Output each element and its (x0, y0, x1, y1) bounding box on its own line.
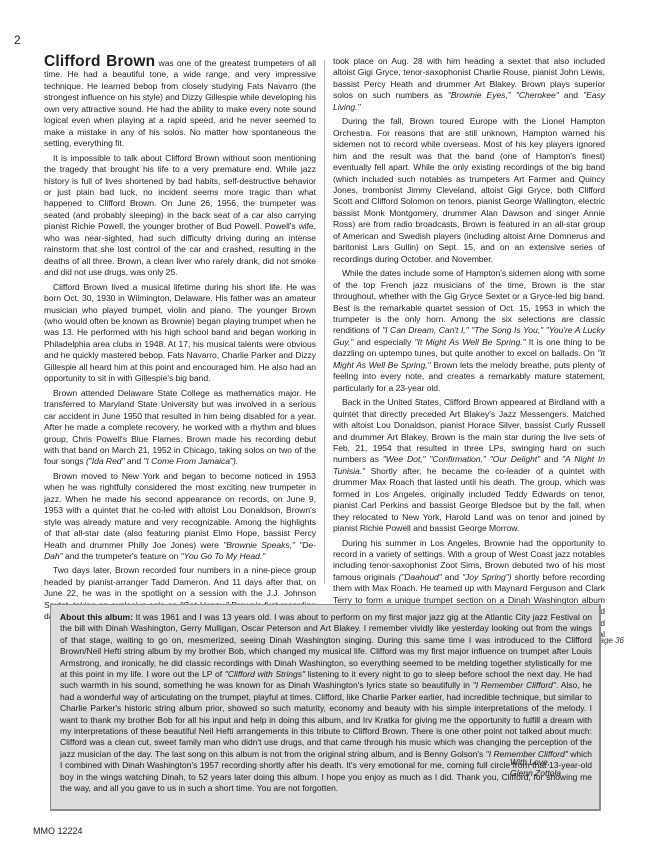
title-reference: "Clifford with Strings" (225, 669, 305, 679)
text-run: Brown attended Delaware State College as… (44, 388, 316, 467)
signoff-line-2: Glenn Zottola (510, 768, 561, 779)
paragraph: Back in the United States, Clifford Brow… (333, 397, 605, 534)
paragraph: Brown attended Delaware State College as… (44, 388, 316, 468)
paragraph: Clifford Brown lived a musical lifetime … (44, 282, 316, 385)
signoff: With Love, Glenn Zottola (510, 757, 561, 780)
text-run: . Also, he had a wonderful way of articu… (60, 680, 592, 758)
title-reference: "Brownie Eyes," "Cherokee" (448, 90, 559, 100)
title-reference: "It Might As Well Be Spring." (415, 337, 526, 347)
text-run: was one of the greatest trumpeters of al… (44, 58, 316, 148)
title-reference: "I Come From Jamaica"). (143, 456, 238, 466)
paragraph: While the dates include some of Hampton'… (333, 268, 605, 394)
title-reference: "You Go To My Head." (181, 551, 266, 561)
paragraph: Brown moved to New York and began to bec… (44, 471, 316, 563)
catalog-number: MMO 12224 (33, 826, 83, 836)
left-column: Clifford Brown was one of the greatest t… (44, 56, 316, 626)
paragraph: took place on Aug. 28 with him heading a… (333, 56, 605, 113)
paragraph: It is impossible to talk about Clifford … (44, 153, 316, 279)
text-run: and (125, 456, 144, 466)
text-run: and (559, 90, 583, 100)
paragraph: During the fall, Brown toured Europe wit… (333, 116, 605, 265)
text-run: Shortly after, he became the co-leader o… (333, 466, 605, 533)
about-album-box: About this album: It was 1961 and I was … (50, 604, 601, 811)
text-run: and (540, 454, 562, 464)
title-reference: "I Remember Clifford" (473, 680, 556, 690)
column-divider (324, 60, 325, 584)
title-reference: ("Ida Red" (86, 456, 125, 466)
paragraph: Clifford Brown was one of the greatest t… (44, 56, 316, 150)
text-run: and especially (353, 337, 414, 347)
page-number: 2 (14, 33, 21, 47)
title-reference: "Joy Spring") (462, 572, 512, 582)
article-columns: Clifford Brown was one of the greatest t… (44, 56, 624, 588)
title-reference: "Wee Dot," "Confirmation," "Our Delight" (383, 454, 540, 464)
right-column: took place on Aug. 28 with him heading a… (333, 56, 605, 655)
about-heading: About this album: (60, 612, 133, 622)
title-reference: ("Daahoud" (398, 572, 441, 582)
signoff-line-1: With Love, (510, 757, 561, 768)
text-run: Brown moved to New York and began to bec… (44, 471, 316, 550)
text-run: and (442, 572, 462, 582)
text-run: During the fall, Brown toured Europe wit… (333, 116, 605, 263)
text-run: and the trumpeter's feature on (63, 551, 181, 561)
article-title: Clifford Brown (44, 53, 155, 70)
